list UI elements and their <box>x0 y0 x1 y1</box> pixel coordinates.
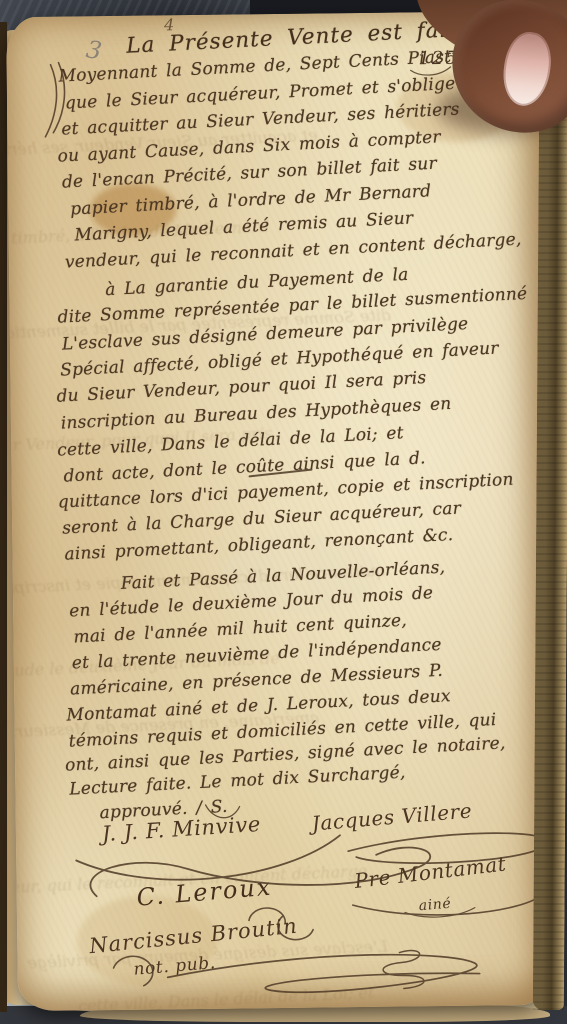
signature-broutin-title: not. pub. <box>133 953 217 980</box>
signature-broutin: Narcissus Broutin <box>88 914 299 959</box>
book-fore-edge <box>533 105 567 1010</box>
signature-montamat-suffix: ainé <box>418 896 452 915</box>
book-spine-edge <box>0 22 7 1012</box>
handwritten-text-layer: 3 4 125 La Présente Vente est faite Moye… <box>6 11 550 1011</box>
pencil-mark: 3 <box>84 35 104 65</box>
signature-montamat: Pre Montamat <box>353 851 507 893</box>
signature-leroux: C. Leroux <box>136 873 274 912</box>
signature-villere: Jacques Villere <box>311 798 473 835</box>
manuscript-photo: et acquitter au Sieur Vendeur, ses hérit… <box>0 0 567 1024</box>
manuscript-page: et acquitter au Sieur Vendeur, ses hérit… <box>6 11 550 1011</box>
